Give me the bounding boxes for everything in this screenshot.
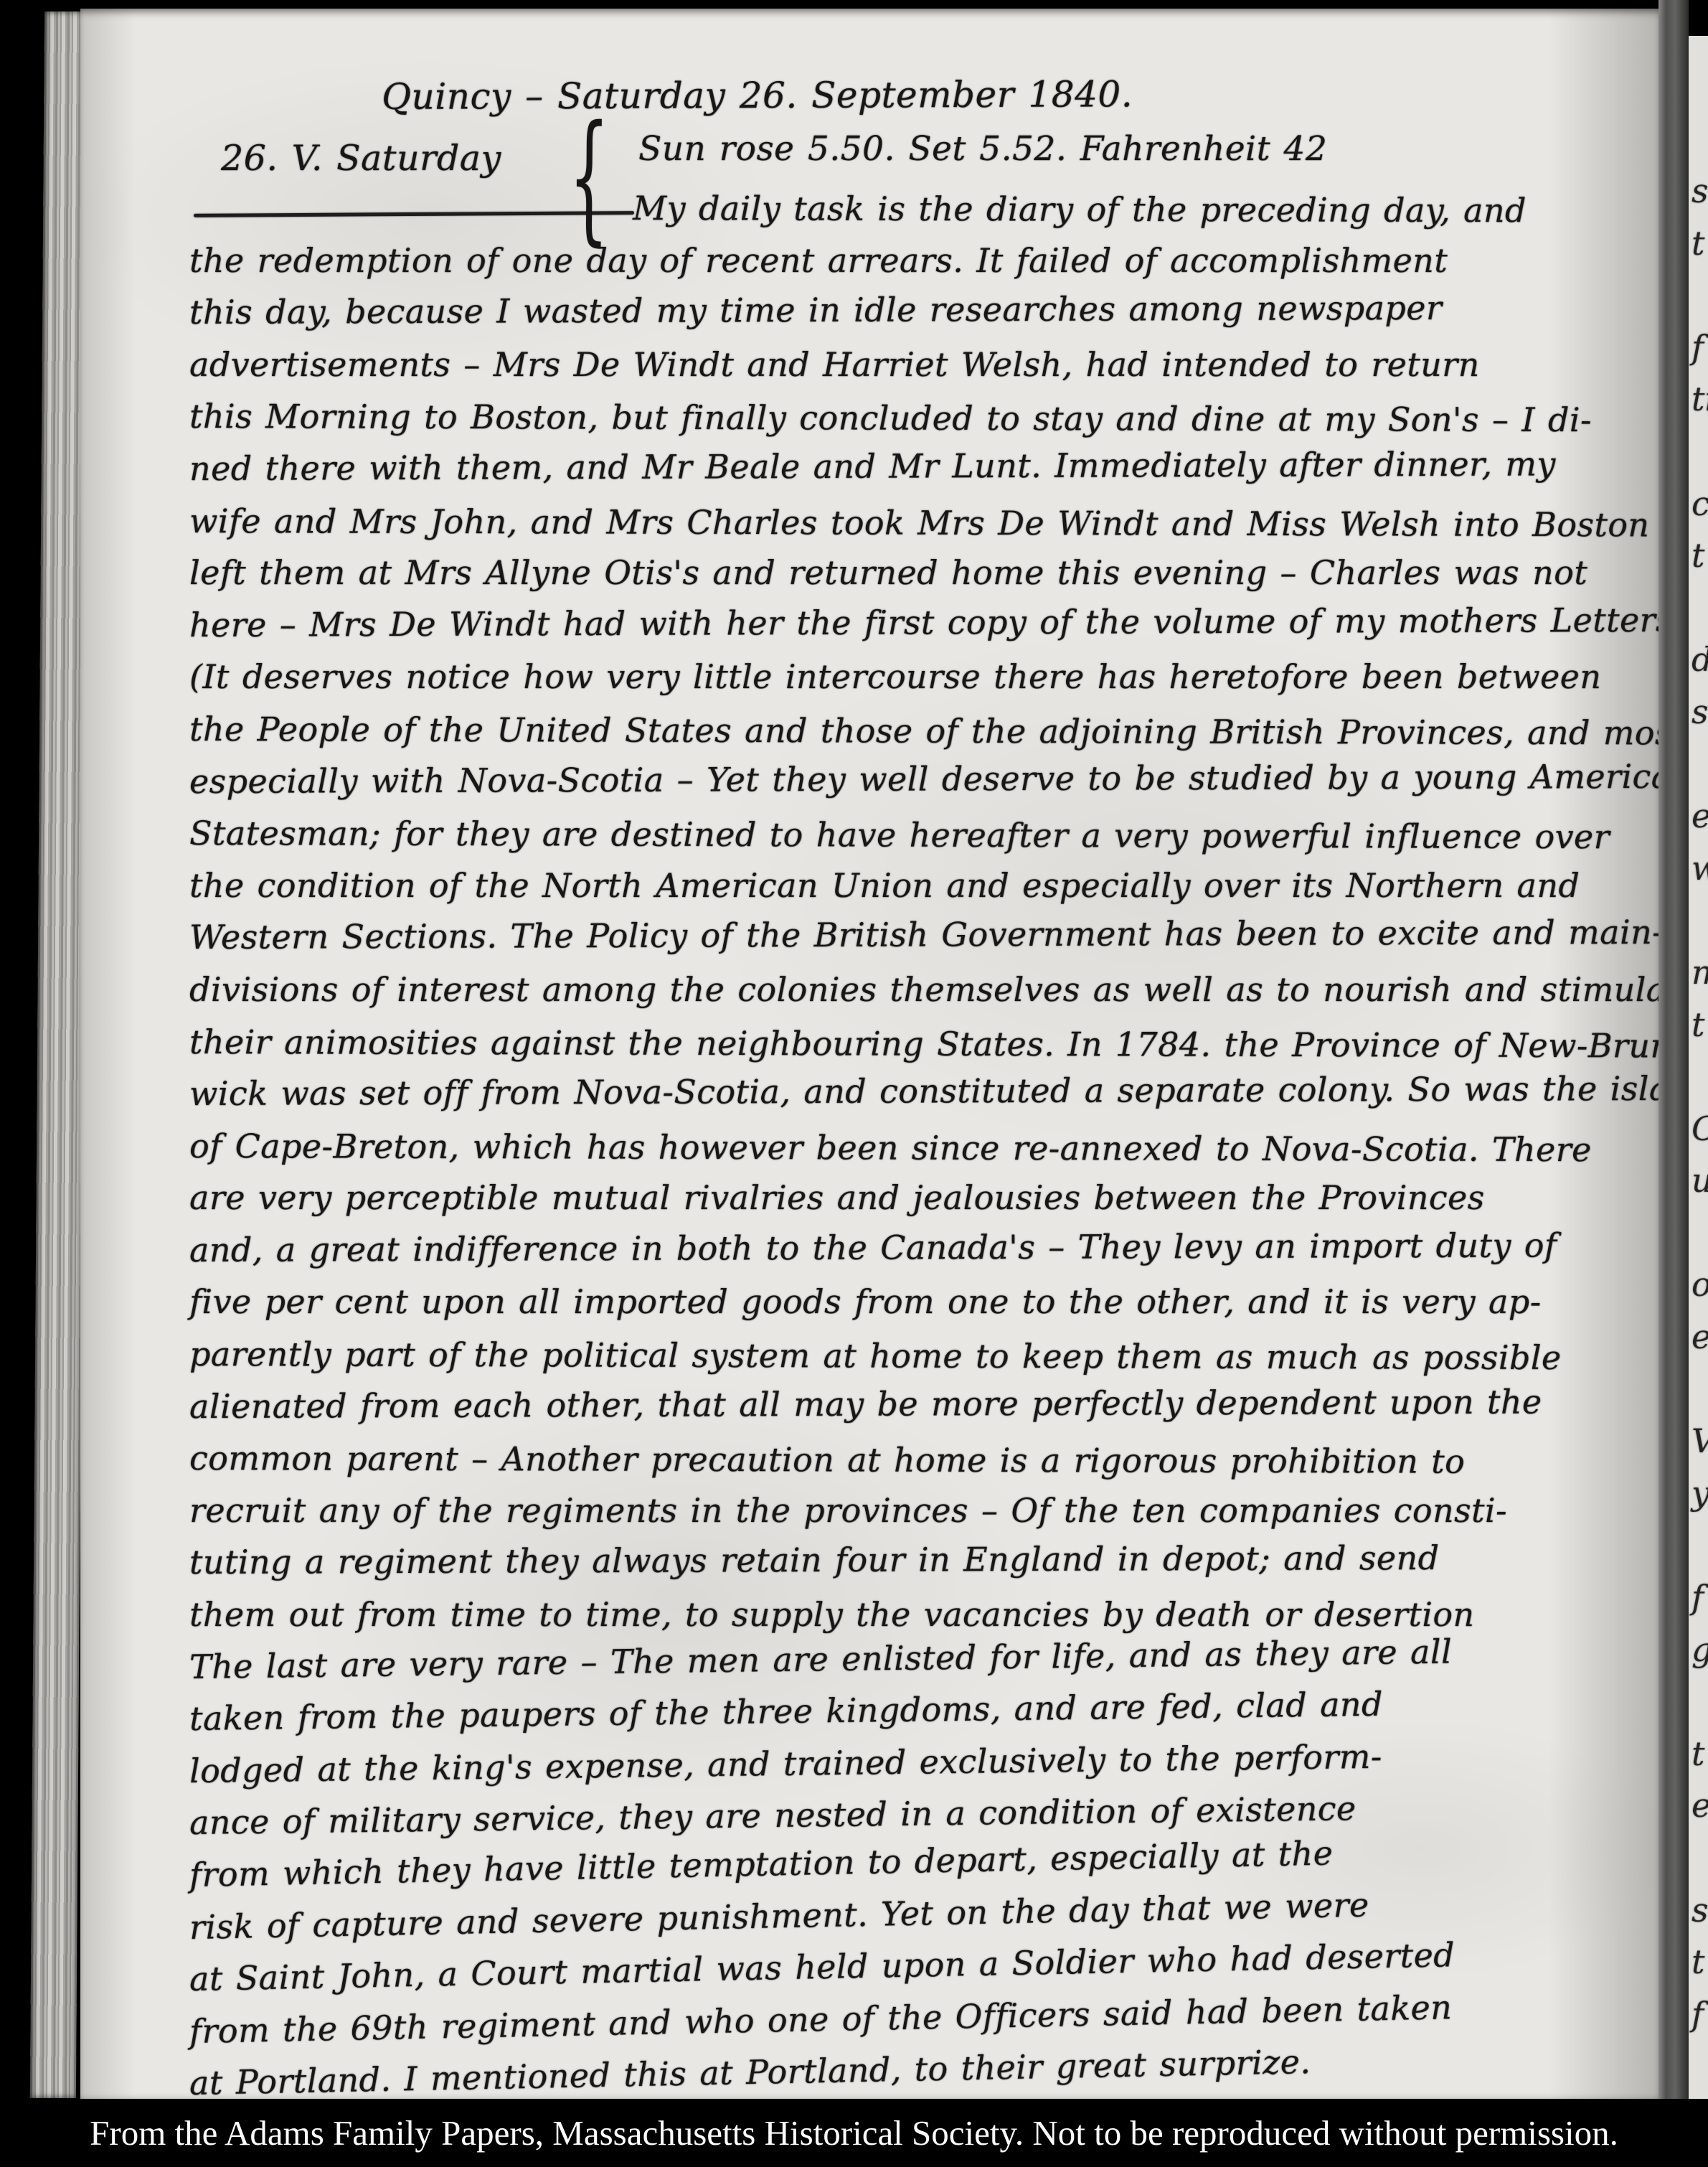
adjacent-page-text-fragments: s t f ti c t d s e w m t C u o e V y f g… — [1692, 165, 1708, 2040]
adjacent-page-sliver: s t f ti c t d s e w m t C u o e V y f g… — [1689, 36, 1708, 2101]
manuscript-line: ned there with them, and Mr Beale and Mr… — [189, 437, 1659, 494]
manuscript-line: wick was set off from Nova-Scotia, and c… — [189, 1063, 1659, 1120]
manuscript-line: Western Sections. The Policy of the Brit… — [189, 906, 1659, 964]
manuscript-line: are very perceptible mutual rivalries an… — [189, 1172, 1659, 1224]
manuscript-line: tuting a regiment they always retain fou… — [189, 1531, 1659, 1589]
manuscript-line: this day, because I wasted my time in id… — [189, 281, 1659, 339]
manuscript-line: Statesman; for they are destined to have… — [189, 807, 1659, 863]
diary-body: My daily task is the diary of the preced… — [189, 182, 1659, 2100]
manuscript-line: wife and Mrs John, and Mrs Charles took … — [189, 495, 1659, 551]
manuscript-line: the redemption of one day of recent arre… — [189, 235, 1659, 287]
manuscript-line: alienated from each other, that all may … — [189, 1375, 1659, 1432]
manuscript-line: divisions of interest among the colonies… — [189, 964, 1659, 1016]
manuscript-line: common parent – Another precaution at ho… — [189, 1432, 1659, 1488]
sunrise-note: Sun rose 5.50. Set 5.52. Fahrenheit 42 — [638, 129, 1327, 169]
manuscript-line: of Cape-Breton, which has however been s… — [189, 1120, 1659, 1176]
manuscript-line: recruit any of the regiments in the prov… — [189, 1485, 1659, 1537]
diary-page: Quincy – Saturday 26. September 1840. 26… — [80, 9, 1659, 2100]
manuscript-line: My daily task is the diary of the preced… — [633, 182, 1659, 238]
manuscript-line: and, a great indifference in both to the… — [189, 1218, 1659, 1276]
manuscript-line: five per cent upon all imported goods fr… — [189, 1276, 1659, 1328]
manuscript-line: the condition of the North American Unio… — [189, 860, 1659, 912]
dateline: Quincy – Saturday 26. September 1840. — [382, 73, 1133, 118]
manuscript-line: here – Mrs De Windt had with her the fir… — [189, 593, 1659, 651]
manuscript-line: especially with Nova-Scotia – Yet they w… — [189, 750, 1659, 807]
book-gutter — [1659, 0, 1689, 2101]
margin-date: 26. V. Saturday — [221, 138, 501, 179]
manuscript-line: (It deserves notice how very little inte… — [189, 651, 1659, 703]
manuscript-scan: Quincy – Saturday 26. September 1840. 26… — [0, 0, 1708, 2167]
credit-bar: From the Adams Family Papers, Massachuse… — [0, 2099, 1708, 2167]
manuscript-line: left them at Mrs Allyne Otis's and retur… — [189, 547, 1659, 599]
caption-text: From the Adams Family Papers, Massachuse… — [90, 2112, 1618, 2153]
manuscript-line: advertisements – Mrs De Windt and Harrie… — [189, 339, 1659, 391]
